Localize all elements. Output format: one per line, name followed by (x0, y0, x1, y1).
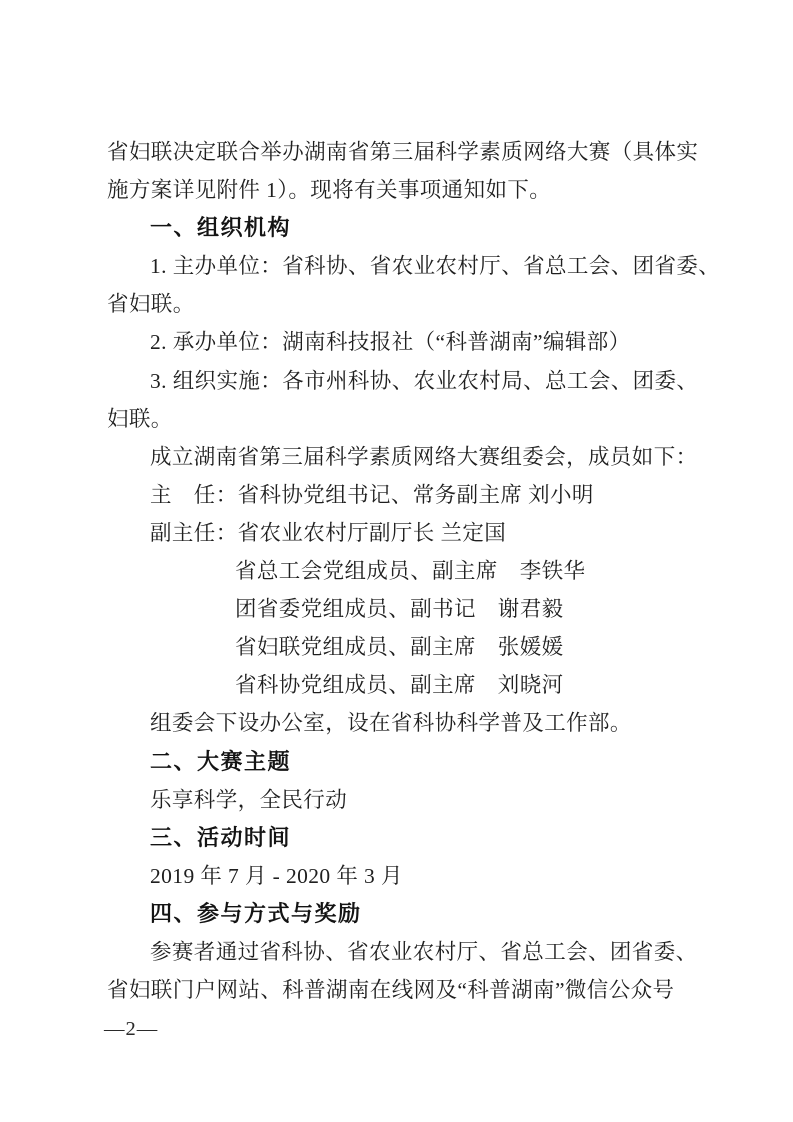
committee-member-line: 团省委党组成员、副书记 谢君毅 (107, 590, 697, 628)
committee-member-line: 省总工会党组成员、副主席 李铁华 (107, 552, 697, 590)
doc-line: 省妇联。 (107, 285, 697, 323)
activity-date-line: 2019 年 7 月 - 2020 年 3 月 (107, 857, 697, 895)
section-heading-4: 四、参与方式与奖励 (107, 895, 697, 933)
doc-line: 3. 组织实施：各市州科协、农业农村局、总工会、团委、 (107, 362, 697, 400)
committee-member-line: 省妇联党组成员、副主席 张媛媛 (107, 628, 697, 666)
doc-line: 乐享科学，全民行动 (107, 781, 697, 819)
page-number: —2— (104, 1016, 158, 1042)
committee-director-line: 主 任：省科协党组书记、常务副主席 刘小明 (107, 476, 697, 514)
doc-line: 省妇联决定联合举办湖南省第三届科学素质网络大赛（具体实 (107, 133, 697, 171)
document-page: 省妇联决定联合举办湖南省第三届科学素质网络大赛（具体实 施方案详见附件 1）。现… (0, 0, 793, 1122)
committee-deputy-line: 副主任：省农业农村厅副厅长 兰定国 (107, 514, 697, 552)
doc-line: 参赛者通过省科协、省农业农村厅、省总工会、团省委、 (107, 933, 697, 971)
section-heading-1: 一、组织机构 (107, 209, 697, 247)
doc-line: 成立湖南省第三届科学素质网络大赛组委会，成员如下： (107, 438, 697, 476)
section-heading-3: 三、活动时间 (107, 819, 697, 857)
doc-line: 1. 主办单位：省科协、省农业农村厅、省总工会、团省委、 (107, 247, 697, 285)
doc-line: 施方案详见附件 1）。现将有关事项通知如下。 (107, 171, 697, 209)
doc-line: 2. 承办单位：湖南科技报社（“科普湖南”编辑部） (107, 323, 697, 361)
committee-member-line: 省科协党组成员、副主席 刘晓河 (107, 666, 697, 704)
doc-line: 省妇联门户网站、科普湖南在线网及“科普湖南”微信公众号 (107, 971, 697, 1009)
doc-line: 组委会下设办公室，设在省科协科学普及工作部。 (107, 704, 697, 742)
section-heading-2: 二、大赛主题 (107, 743, 697, 781)
doc-line: 妇联。 (107, 400, 697, 438)
document-body: 省妇联决定联合举办湖南省第三届科学素质网络大赛（具体实 施方案详见附件 1）。现… (107, 133, 697, 1009)
